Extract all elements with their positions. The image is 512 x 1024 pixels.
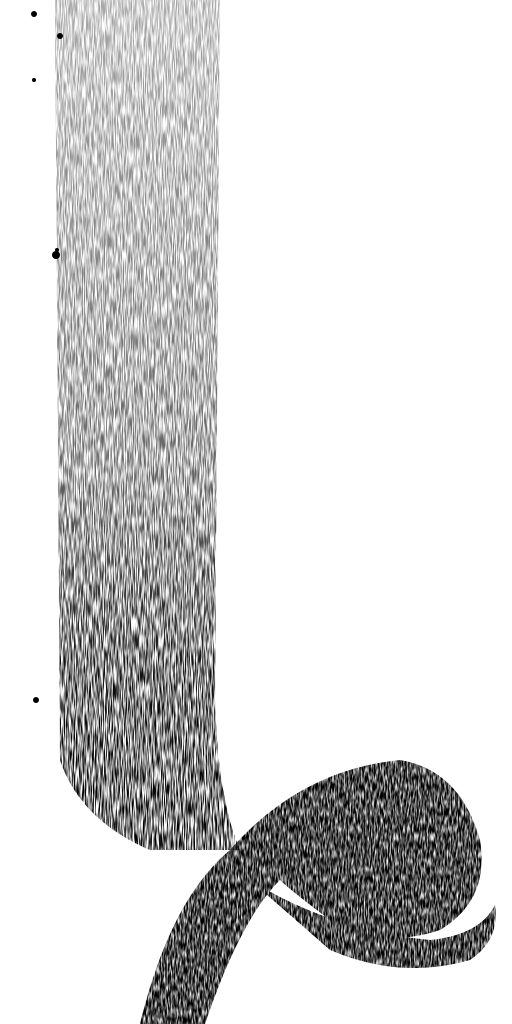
- vertical-stroke: [55, 0, 240, 850]
- brush-stroke-artwork: [0, 0, 512, 1024]
